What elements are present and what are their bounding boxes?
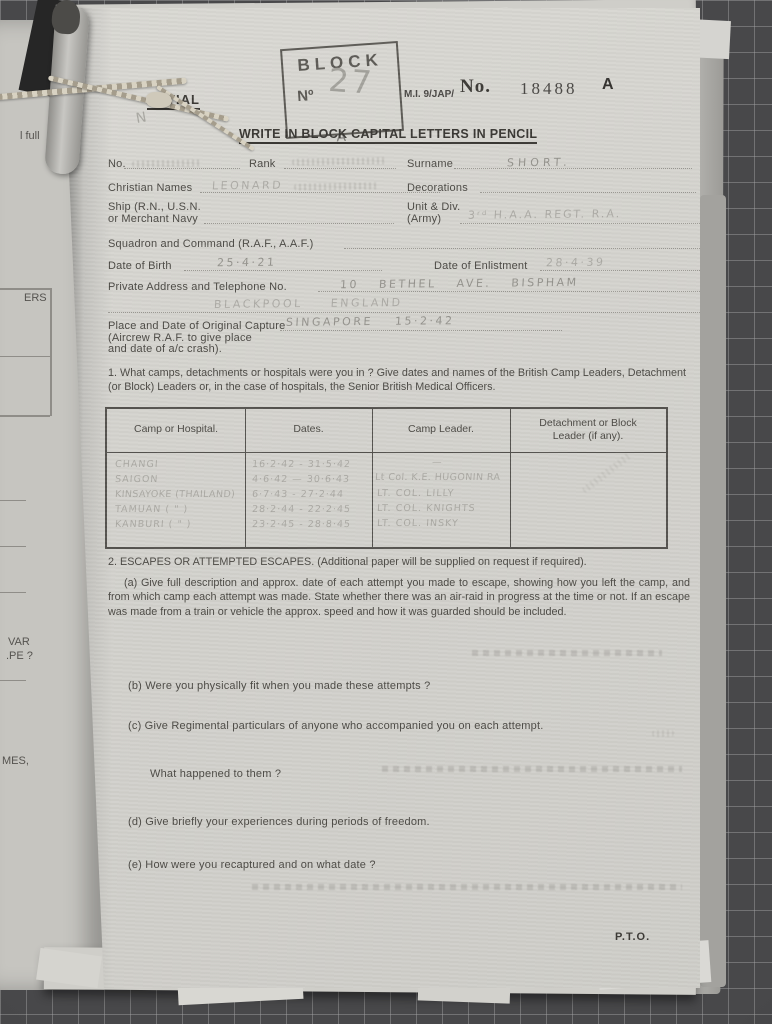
pto-label: P.T.O. (615, 931, 650, 943)
camp-cell: CHANGI (115, 459, 159, 470)
margin-fragment: ERS (24, 292, 47, 304)
camp-cell: SAIGON (115, 474, 159, 485)
block-capitals-instruction: WRITE IN BLOCK CAPITAL LETTERS IN PENCIL (239, 127, 537, 144)
margin-fragment: VAR (8, 636, 30, 648)
field-label-address: Private Address and Telephone No. (108, 281, 287, 293)
partial-rule (0, 500, 26, 501)
question-2b: (b) Were you physically fit when you mad… (128, 680, 430, 692)
margin-fragment: .PE ? (6, 650, 33, 662)
field-label-squadron: Squadron and Command (R.A.F., A.A.F.) (108, 238, 314, 250)
stamp-handwritten-number: 27 (327, 61, 375, 102)
field-label-capture-note2: and date of a/c crash). (108, 343, 222, 355)
bleed-through-text (472, 650, 662, 656)
bleed-through-text (252, 884, 682, 890)
partial-table-line (0, 415, 50, 417)
serial-no-label: No. (460, 76, 491, 98)
field-line (454, 156, 692, 169)
surname-entry: SHORT. (507, 156, 571, 170)
partial-rule (0, 546, 26, 547)
photographed-document-scene: l full ERS VAR .PE ? MES, ENTIAL N BLOCK… (0, 0, 772, 1024)
field-label-surname: Surname (407, 158, 453, 170)
faint-pencil-entry (132, 159, 202, 167)
field-line (184, 258, 382, 271)
partial-table-line (0, 356, 50, 357)
dates-cell: 4·6·42 — 30·6·43 (252, 474, 351, 485)
margin-fragment: MES, (2, 755, 29, 767)
dates-cell: 23·2·45 - 28·8·45 (252, 519, 352, 530)
form-suffix-letter: A (602, 76, 614, 94)
field-line (204, 211, 394, 224)
field-label-capture: Place and Date of Original Capture (108, 320, 285, 332)
field-label-unit-div: Unit & Div. (407, 201, 460, 213)
field-label-date-of-enlistment: Date of Enlistment (434, 260, 527, 272)
table-header-camp: Camp or Hospital. (107, 423, 245, 436)
address-entry-line2: BLACKPOOL ENGLAND (214, 296, 403, 311)
dates-cell: 28·2·44 - 22·2·45 (252, 504, 352, 515)
christian-name-entry: LEONARD (212, 179, 284, 193)
pencil-mark: N (135, 109, 151, 127)
dates-cell: 6·7·43 - 27·2·44 (252, 489, 345, 500)
questionnaire-form-page: ENTIAL N BLOCK Nº 27 A M.I. 9/JAP/ No. 1… (52, 8, 700, 988)
camp-cell: KINSAYOKE (THAILAND) (115, 489, 236, 500)
field-line (344, 236, 700, 249)
field-label-christian-names: Christian Names (108, 182, 192, 194)
question-2e: (e) How were you recaptured and on what … (128, 859, 376, 871)
bleed-through-text (382, 766, 682, 772)
partial-table-line (0, 288, 50, 290)
question-2-heading: 2. ESCAPES OR ATTEMPTED ESCAPES. (Additi… (108, 555, 692, 569)
binding-tip (51, 0, 81, 35)
field-line (480, 180, 696, 193)
table-header-dates: Dates. (245, 423, 372, 436)
date-of-birth-entry: 25·4·21 (217, 256, 277, 270)
leader-cell: — (432, 457, 443, 468)
serial-number: 18488 (520, 79, 578, 99)
camp-cell: KANBURI ( " ) (115, 519, 192, 530)
leader-cell: LT. COL. INSKY (377, 518, 460, 529)
question-2a: (a) Give full description and approx. da… (108, 576, 690, 619)
margin-fragment: l full (20, 130, 40, 142)
date-of-enlistment-entry: 28·4·39 (546, 256, 606, 270)
partial-table-line (50, 288, 52, 416)
field-line (108, 300, 704, 313)
field-label-date-of-birth: Date of Birth (108, 260, 172, 272)
leader-cell: LT. COL. LILLY (377, 488, 455, 499)
unit-entry: 3ʳᵈ H.A.A. REGT. R.A. (468, 207, 622, 222)
table-header-block-leader: Detachment or Block Leader (if any). (510, 417, 666, 443)
form-reference: M.I. 9/JAP/ (404, 89, 454, 100)
question-1: 1. What camps, detachments or hospitals … (108, 366, 686, 395)
table-header-divider (107, 452, 666, 453)
partial-rule (0, 680, 26, 681)
string-knot (146, 92, 172, 108)
partial-rule (0, 592, 26, 593)
field-label-army: (Army) (407, 213, 441, 225)
field-label-ship-line2: or Merchant Navy (108, 213, 198, 225)
grey-sheet-edge (700, 195, 726, 987)
question-2d: (d) Give briefly your experiences during… (128, 816, 430, 828)
camp-cell: TAMUAN ( " ) (115, 504, 189, 515)
dates-cell: 16·2·42 - 31·5·42 (252, 459, 352, 470)
camps-table: Camp or Hospital. Dates. Camp Leader. De… (105, 407, 668, 549)
field-label-ship-line1: Ship (R.N., U.S.N. (108, 201, 201, 213)
capture-entry: SINGAPORE 15·2·42 (286, 314, 455, 329)
pencil-stroke (581, 451, 633, 493)
faint-pencil-entry (294, 182, 379, 190)
table-header-leader: Camp Leader. (372, 423, 510, 436)
block-number-stamp: BLOCK Nº 27 A (280, 41, 404, 139)
question-2c-followup: What happened to them ? (150, 768, 281, 780)
stamp-no-label: Nº (297, 87, 314, 105)
field-label-rank: Rank (249, 158, 275, 170)
pencil-mark (652, 730, 674, 737)
address-entry-line1: 10 BETHEL AVE. BISPHAM (340, 276, 579, 291)
leader-cell: LT. COL. KNIGHTS (377, 503, 476, 514)
leader-cell: Lt Col. K.E. HUGONIN RA (375, 472, 501, 483)
question-2c: (c) Give Regimental particulars of anyon… (128, 720, 543, 732)
field-label-decorations: Decorations (407, 182, 468, 194)
